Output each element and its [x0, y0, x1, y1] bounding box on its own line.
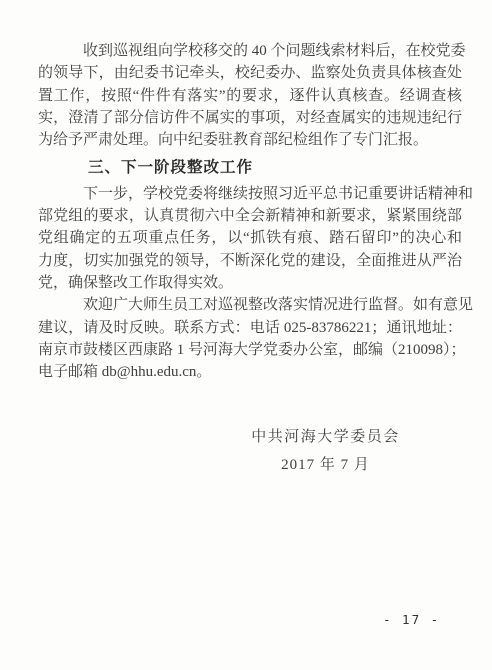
text-line: 南京市鼓楼区西康路 1 号河海大学党委办公室，邮编（210098）； — [38, 339, 462, 361]
signature-block: 中共河海大学委员会 2017 年 7 月 — [233, 426, 418, 476]
text-line: 欢迎广大师生员工对巡视整改落实情况进行监督。如有意见 — [38, 294, 462, 316]
text-line: 党组确定的五项重点任务，以“抓铁有痕、踏石留印”的决心和 — [38, 227, 462, 249]
text-line: 建议，请及时反映。联系方式：电话 025-83786221；通讯地址： — [38, 317, 462, 339]
text-line: 力度，切实加强党的领导，不断深化党的建设，全面推进从严治 — [38, 250, 462, 272]
text-line: 部党组的要求，认真贯彻六中全会新精神和新要求，紧紧围绕部 — [38, 205, 462, 227]
document-text-block: 收到巡视组向学校移交的 40 个问题线索材料后，在校党委 的领导下，由纪委书记牵… — [38, 40, 462, 476]
text-line: 实，澄清了部分信访件不属实的事项，对经查属实的违规违纪行 — [38, 107, 462, 129]
text-line: 电子邮箱 db@hhu.edu.cn。 — [38, 361, 462, 383]
page-number: - 17 - — [383, 612, 440, 627]
text-line: 为给予严肃处理。向中纪委驻教育部纪检组作了专门汇报。 — [38, 129, 462, 151]
text-line: 党，确保整改工作取得实效。 — [38, 272, 462, 294]
paragraph-case-handling: 收到巡视组向学校移交的 40 个问题线索材料后，在校党委 的领导下，由纪委书记牵… — [38, 40, 462, 151]
text-line: 下一步，学校党委将继续按照习近平总书记重要讲话精神和 — [38, 183, 462, 205]
paragraph-contact-info: 欢迎广大师生员工对巡视整改落实情况进行监督。如有意见 建议，请及时反映。联系方式… — [38, 294, 462, 383]
document-page: 收到巡视组向学校移交的 40 个问题线索材料后，在校党委 的领导下，由纪委书记牵… — [0, 0, 492, 670]
text-line: 收到巡视组向学校移交的 40 个问题线索材料后，在校党委 — [38, 40, 462, 62]
text-line: 置工作，按照“件件有落实”的要求，逐件认真核查。经调查核 — [38, 85, 462, 107]
paragraph-next-stage: 下一步，学校党委将继续按照习近平总书记重要讲话精神和 部党组的要求，认真贯彻六中… — [38, 183, 462, 294]
section-heading: 三、下一阶段整改工作 — [38, 157, 462, 179]
signature-organization: 中共河海大学委员会 — [233, 426, 418, 448]
signature-date: 2017 年 7 月 — [233, 454, 418, 476]
text-line: 的领导下，由纪委书记牵头，校纪委办、监察处负责具体核查处 — [38, 62, 462, 84]
